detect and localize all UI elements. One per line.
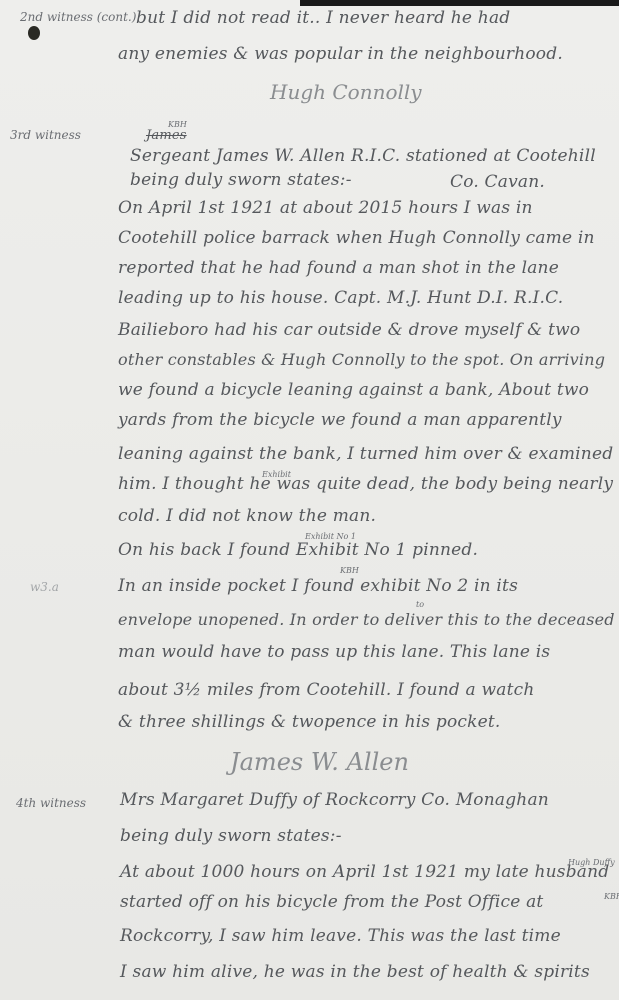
interlinear-note: KBH xyxy=(340,566,359,575)
text-line: On April 1st 1921 at about 2015 hours I … xyxy=(118,198,533,218)
text-line: we found a bicycle leaning against a ban… xyxy=(118,380,589,400)
county-note: Co. Cavan. xyxy=(450,172,545,192)
text-line: Sergeant James W. Allen R.I.C. stationed… xyxy=(130,146,596,166)
document-page: 2nd witness (cont.) but I did not read i… xyxy=(0,0,619,1000)
text-line: started off on his bicycle from the Post… xyxy=(120,892,543,912)
punch-hole xyxy=(28,26,40,40)
margin-label-witness4: 4th witness xyxy=(16,796,86,810)
text-line: Rockcorry, I saw him leave. This was the… xyxy=(120,926,561,946)
text-line: but I did not read it.. I never heard he… xyxy=(136,8,510,28)
text-line: Cootehill police barrack when Hugh Conno… xyxy=(118,228,595,248)
text-line: him. I thought he was quite dead, the bo… xyxy=(118,474,613,494)
text-line: about 3½ miles from Cootehill. I found a… xyxy=(118,680,535,700)
text-line: man would have to pass up this lane. Thi… xyxy=(118,642,550,662)
text-line: being duly sworn states:- xyxy=(130,170,352,190)
text-line: leading up to his house. Capt. M.J. Hunt… xyxy=(118,288,563,308)
text-line: being duly sworn states:- xyxy=(120,826,342,846)
text-line: Bailieboro had his car outside & drove m… xyxy=(118,320,580,340)
text-line: At about 1000 hours on April 1st 1921 my… xyxy=(120,862,609,882)
faint-margin-mark: w3.a xyxy=(30,580,59,594)
text-line: Mrs Margaret Duffy of Rockcorry Co. Mona… xyxy=(120,790,549,810)
text-line: On his back I found Exhibit No 1 pinned. xyxy=(118,540,478,560)
text-line: cold. I did not know the man. xyxy=(118,506,376,526)
text-line: leaning against the bank, I turned him o… xyxy=(118,444,613,464)
signature-hugh-connolly: Hugh Connolly xyxy=(270,80,422,104)
text-line: other constables & Hugh Connolly to the … xyxy=(118,350,605,369)
interlinear-note: to xyxy=(416,600,424,609)
text-line: any enemies & was popular in the neighbo… xyxy=(118,44,563,64)
text-line: I saw him alive, he was in the best of h… xyxy=(120,962,590,982)
margin-label-witness2: 2nd witness (cont.) xyxy=(20,10,136,24)
text-line: yards from the bicycle we found a man ap… xyxy=(118,410,562,430)
struck-word: James xyxy=(146,128,187,143)
signature-james-allen: James W. Allen xyxy=(230,748,409,776)
text-line: reported that he had found a man shot in… xyxy=(118,258,559,278)
initials-note: KBH xyxy=(604,892,619,901)
text-line: envelope unopened. In order to deliver t… xyxy=(118,610,615,629)
text-line: & three shillings & twopence in his pock… xyxy=(118,712,501,732)
margin-label-witness3: 3rd witness xyxy=(10,128,81,142)
text-line: In an inside pocket I found exhibit No 2… xyxy=(118,576,518,596)
scan-top-edge xyxy=(300,0,619,6)
